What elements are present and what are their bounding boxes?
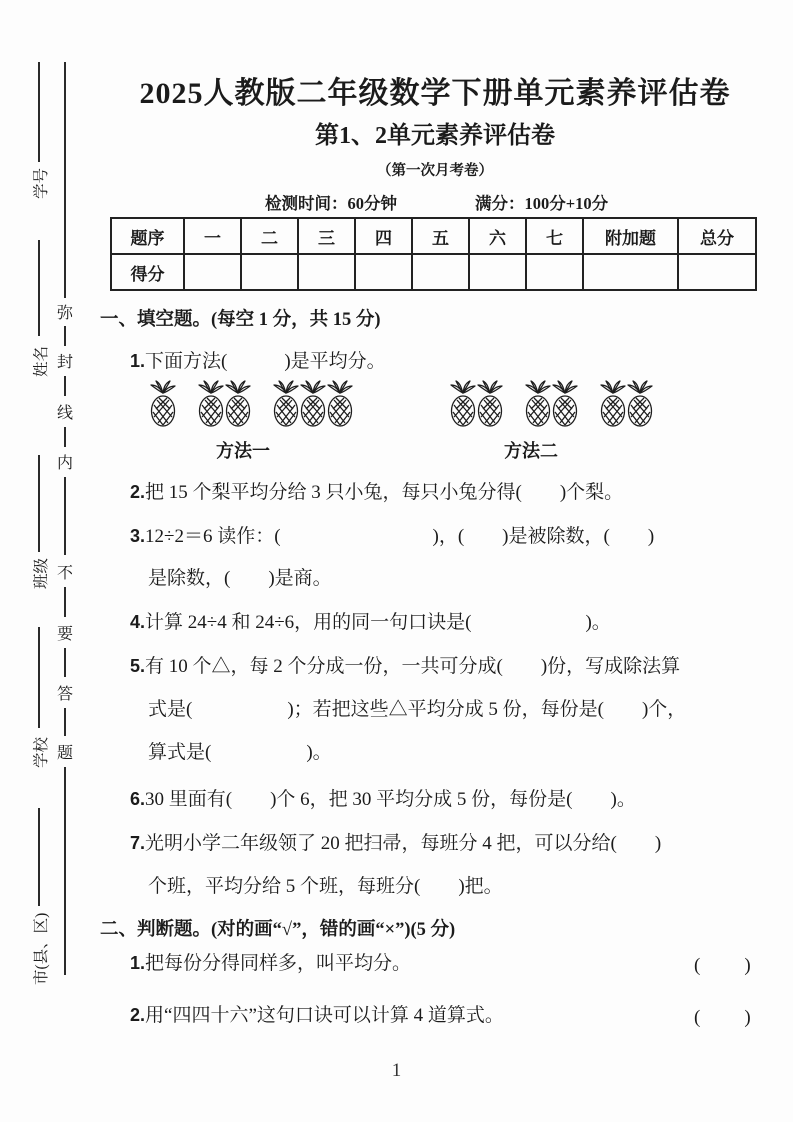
section-two-heading: 二、判断题。(对的画“√”，错的画“×”)(5 分) [100,915,455,941]
question-7-text-line-1: 光明小学二年级领了 20 把扫帚，每班分 4 把，可以分给( ) [145,833,661,854]
question-1-number: 1. [130,351,145,371]
question-5-line-1: 5.有 10 个△，每 2 个分成一份，一共可分成( )份，写成除法算 [130,653,680,680]
exam-paper-page: 学号 姓名 班级 学校 市(县、区) 弥 封 线 内 不 要 答 题 2025人… [0,0,793,1122]
pineapple-icon [148,380,178,428]
pineapple-icon [475,380,505,428]
score-cell-empty [355,254,412,290]
score-cell-empty [241,254,298,290]
question-4-text: 计算 24÷4 和 24÷6，用的同一句口诀是( )。 [145,612,611,633]
pineapple-icon [196,380,226,428]
page-title: 2025人教版二年级数学下册单元素养评估卷 [95,68,775,112]
exam-note: （第一次月考卷） [95,159,775,180]
question-3-line-1: 3.12÷2＝6 读作：( )，( )是被除数，( ) [130,523,654,550]
question-3-number: 3. [130,526,145,546]
pineapple-icon [223,380,253,428]
question-5-text-line-3: 算式是( )。 [148,742,332,763]
score-table-header-cell: 一 [184,218,241,254]
pineapple-icon [271,380,301,428]
judgment-question-1-answer-blank: ( ) [694,950,753,977]
section-one-heading: 一、填空题。(每空 1 分，共 15 分) [100,305,381,331]
question-4: 4.计算 24÷4 和 24÷6，用的同一句口诀是( )。 [130,609,611,636]
score-table-score-row: 得分 [111,254,756,290]
seal-char: 弥 [57,300,73,323]
pineapple-icon [298,380,328,428]
question-5-number: 5. [130,656,145,676]
score-table: 题序 一 二 三 四 五 六 七 附加题 总分 得分 [110,217,757,291]
judgment-question-2-text: 用“四四十六”这句口诀可以计算 4 道算式。 [145,1005,504,1026]
student-id-blank-line [38,62,40,162]
pineapple-icon [325,380,355,428]
question-3-text-line-1: 12÷2＝6 读作：( )，( )是被除数，( ) [145,526,654,547]
seal-line-segment [64,326,66,346]
question-3-line-2: 是除数，( )是商。 [148,566,332,592]
seal-char: 内 [57,450,73,473]
school-label: 学校 [29,737,51,768]
test-time-label: 检测时间：60分钟 [265,190,397,214]
pineapple-icon [448,380,478,428]
city-county-label: 市(县、区) [29,913,51,985]
pineapple-cluster [148,380,178,428]
score-cell-empty [469,254,526,290]
page-subtitle: 第1、2单元素养评估卷 [95,115,775,150]
method-1-label: 方法一 [216,437,270,463]
pineapple-icon [550,380,580,428]
score-table-header-cell: 附加题 [583,218,678,254]
question-1: 1.下面方法( )是平均分。 [130,348,386,375]
seal-char: 要 [57,621,73,644]
pineapple-icon [523,380,553,428]
judgment-question-2-number: 2. [130,1005,145,1025]
full-score-label: 满分：100分+10分 [475,190,608,214]
judgment-question-1: 1.把每份分得同样多，叫平均分。 [130,950,411,977]
question-4-number: 4. [130,612,145,632]
score-cell-empty [583,254,678,290]
class-label: 班级 [29,558,51,589]
seal-line-segment [64,62,66,298]
question-2-number: 2. [130,482,145,502]
question-6-text: 30 里面有( )个 6，把 30 平均分成 5 份，每份是( )。 [145,789,636,810]
question-7-line-2: 个班，平均分给 5 个班，每班分( )把。 [148,874,503,900]
score-cell-empty [678,254,756,290]
score-table-header-cell: 三 [298,218,355,254]
score-table-header-cell: 四 [355,218,412,254]
question-6: 6.30 里面有( )个 6，把 30 平均分成 5 份，每份是( )。 [130,786,636,813]
question-5-line-3: 算式是( )。 [148,740,332,766]
seal-char: 线 [57,400,73,423]
class-blank-line [38,455,40,552]
judgment-question-2: 2.用“四四十六”这句口诀可以计算 4 道算式。 [130,1002,504,1029]
pineapple-icon [598,380,628,428]
question-6-number: 6. [130,789,145,809]
pineapple-group-method-1 [148,380,355,428]
score-cell-empty [412,254,469,290]
question-3-text-line-2: 是除数，( )是商。 [148,568,332,589]
judgment-question-1-number: 1. [130,953,145,973]
seal-line-segment [64,708,66,736]
pineapple-group-method-2 [448,380,655,428]
question-5-text-line-2: 式是( )；若把这些△平均分成 5 份，每份是( )个， [148,699,686,720]
seal-line-segment [64,376,66,396]
question-2-text: 把 15 个梨平均分给 3 只小兔，每只小兔分得( )个梨。 [145,482,623,503]
seal-line-segment [64,477,66,555]
question-7-text-line-2: 个班，平均分给 5 个班，每班分( )把。 [148,876,503,897]
seal-line-segment [64,767,66,975]
score-row-label: 得分 [111,254,184,290]
method-2-label: 方法二 [504,437,558,463]
score-cell-empty [526,254,583,290]
seal-line-segment [64,648,66,677]
seal-char: 题 [57,740,73,763]
pineapple-cluster [271,380,355,428]
name-blank-line [38,240,40,336]
score-cell-empty [298,254,355,290]
question-5-line-2: 式是( )；若把这些△平均分成 5 份，每份是( )个， [148,697,686,723]
pineapple-cluster [196,380,253,428]
score-table-header-cell: 二 [241,218,298,254]
question-1-text: 下面方法( )是平均分。 [145,351,386,372]
page-number: 1 [0,1060,793,1082]
pineapple-cluster [523,380,580,428]
question-2: 2.把 15 个梨平均分给 3 只小兔，每只小兔分得( )个梨。 [130,479,623,506]
name-label: 姓名 [29,346,51,377]
pineapple-cluster [448,380,505,428]
judgment-question-1-text: 把每份分得同样多，叫平均分。 [145,953,411,974]
pineapple-cluster [598,380,655,428]
question-7-line-1: 7.光明小学二年级领了 20 把扫帚，每班分 4 把，可以分给( ) [130,830,661,857]
question-7-number: 7. [130,833,145,853]
seal-char: 封 [57,349,73,372]
score-table-header-row: 题序 一 二 三 四 五 六 七 附加题 总分 [111,218,756,254]
score-table-header-cell: 六 [469,218,526,254]
judgment-question-2-answer-blank: ( ) [694,1002,753,1029]
student-id-label: 学号 [29,168,51,199]
score-cell-empty [184,254,241,290]
score-table-header-cell: 五 [412,218,469,254]
seal-line-segment [64,427,66,447]
question-5-text-line-1: 有 10 个△，每 2 个分成一份，一共可分成( )份，写成除法算 [145,656,680,677]
school-blank-line [38,627,40,728]
seal-char: 答 [57,681,73,704]
seal-char: 不 [57,560,73,583]
pineapple-icon [625,380,655,428]
seal-line-segment [64,587,66,617]
score-table-header-cell: 七 [526,218,583,254]
score-table-header-cell: 题序 [111,218,184,254]
score-table-header-cell: 总分 [678,218,756,254]
city-blank-line [38,808,40,906]
